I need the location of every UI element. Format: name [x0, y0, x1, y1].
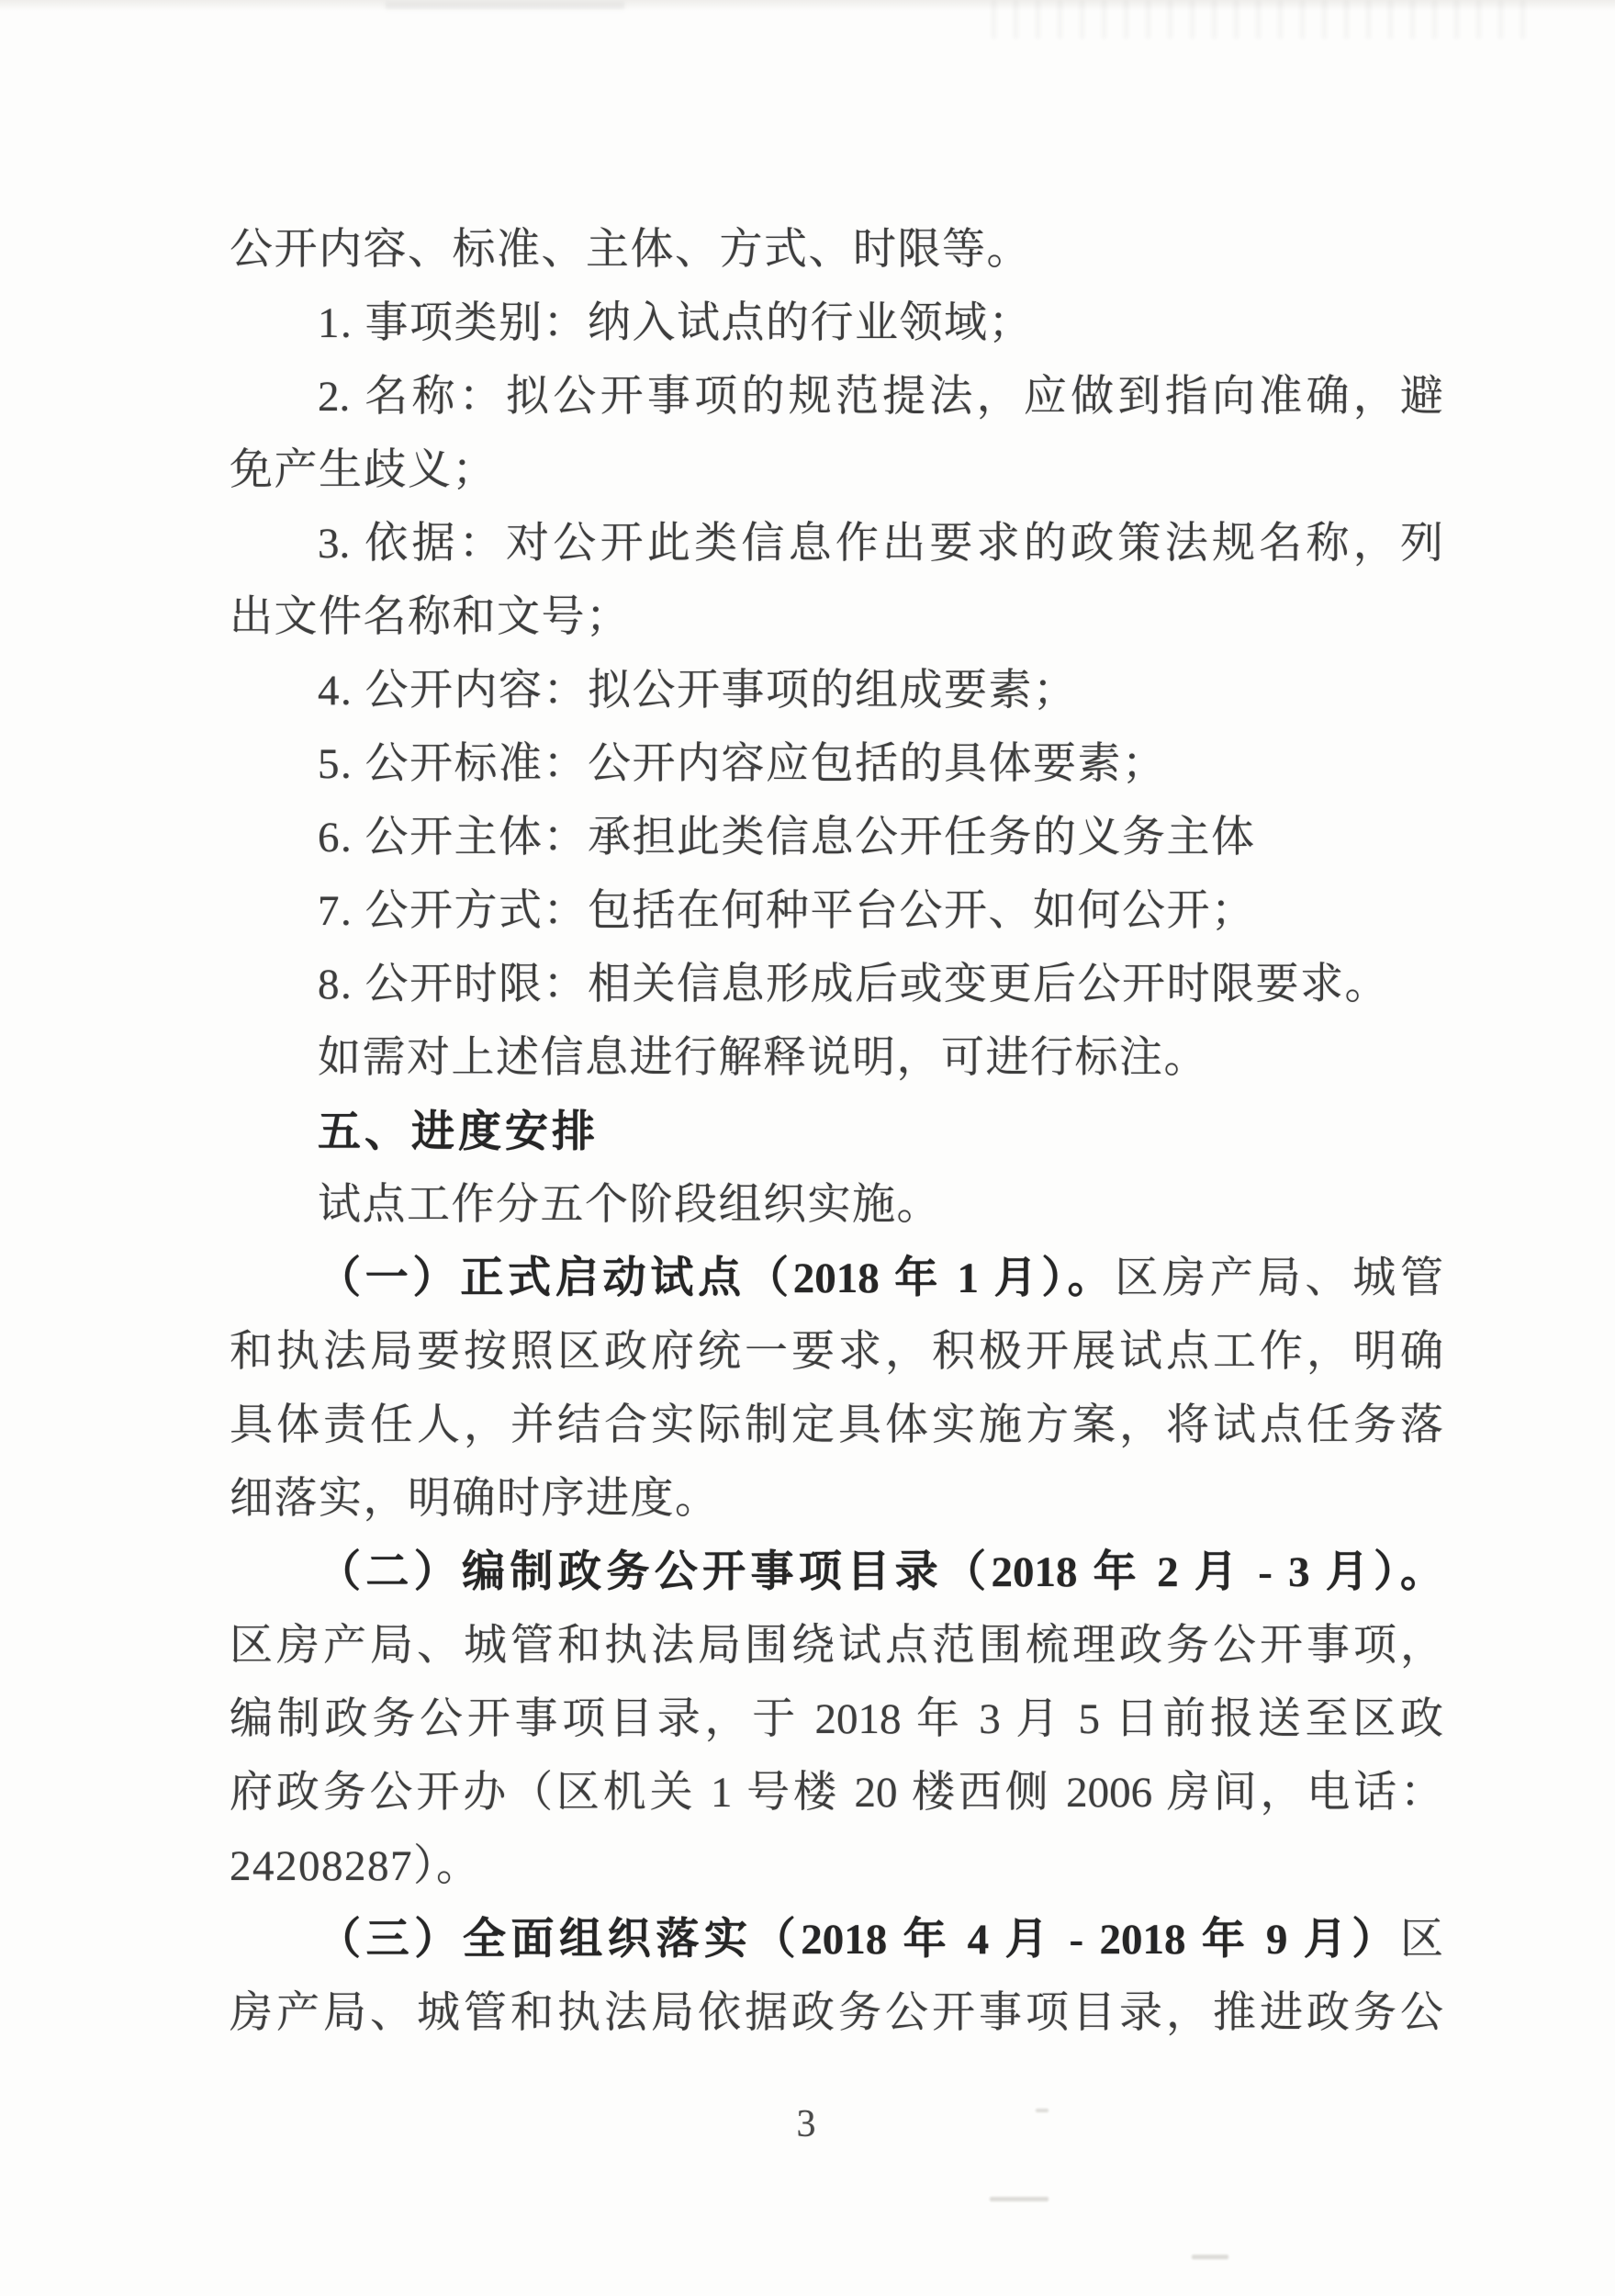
body-segment: 3. 依据：对公开此类信息作出要求的政策法规名称，列	[318, 520, 1443, 568]
body-segment: 府政务公开办（区机关 1 号楼 20 楼西侧 2006 房间，电话：	[230, 1769, 1443, 1817]
body-segment: 如需对上述信息进行解释说明，可进行标注。	[318, 1034, 1208, 1082]
body-segment: 和执法局要按照区政府统一要求，积极开展试点工作，明确	[230, 1328, 1443, 1376]
text-line: 和执法局要按照区政府统一要求，积极开展试点工作，明确	[230, 1315, 1443, 1389]
page-number: 3	[230, 2097, 1383, 2152]
body-segment: 7. 公开方式：包括在何种平台公开、如何公开；	[318, 887, 1256, 935]
text-line: 2. 名称：拟公开事项的规范提法，应做到指向准确，避	[230, 360, 1443, 433]
heading-segment: 五、进度安排	[318, 1107, 599, 1155]
body-segment: 编制政务公开事项目录，于 2018 年 3 月 5 日前报送至区政	[230, 1695, 1443, 1743]
text-line: 编制政务公开事项目录，于 2018 年 3 月 5 日前报送至区政	[230, 1683, 1443, 1756]
text-line: 府政务公开办（区机关 1 号楼 20 楼西侧 2006 房间，电话：	[230, 1756, 1443, 1829]
scan-speck-artifact	[1192, 2255, 1228, 2259]
text-line: 房产局、城管和执法局依据政务公开事项目录，推进政务公	[230, 1976, 1443, 2050]
heading-segment: （一）正式启动试点（2018 年 1 月）。	[318, 1255, 1115, 1302]
text-line: 免产生歧义；	[230, 433, 1443, 507]
body-segment: 24208287）。	[230, 1842, 481, 1890]
body-segment: 出文件名称和文号；	[230, 593, 631, 641]
body-segment: 4. 公开内容：拟公开事项的组成要素；	[318, 667, 1078, 715]
body-segment: 试点工作分五个阶段组织实施。	[318, 1181, 941, 1229]
text-line: 3. 依据：对公开此类信息作出要求的政策法规名称，列	[230, 507, 1443, 580]
body-segment: 细落实，明确时序进度。	[230, 1475, 720, 1523]
text-line: 出文件名称和文号；	[230, 580, 1443, 654]
text-line: 区房产局、城管和执法局围绕试点范围梳理政务公开事项，	[230, 1609, 1443, 1683]
body-segment: 6. 公开主体：承担此类信息公开任务的义务主体	[318, 814, 1256, 861]
body-segment: 具体责任人，并结合实际制定具体实施方案，将试点任务落	[230, 1401, 1443, 1449]
body-segment: 房产局、城管和执法局依据政务公开事项目录，推进政务公	[230, 1989, 1443, 2037]
text-line: （二）编制政务公开事项目录（2018 年 2 月 - 3 月）。	[230, 1536, 1443, 1609]
scan-smudge-artifact	[992, 0, 1542, 39]
text-line: （三）全面组织落实（2018 年 4 月 - 2018 年 9 月）区	[230, 1903, 1443, 1976]
scanned-document-page: 公开内容、标准、主体、方式、时限等。1. 事项类别：纳入试点的行业领域；2. 名…	[0, 0, 1615, 2296]
text-line: 如需对上述信息进行解释说明，可进行标注。	[230, 1021, 1443, 1095]
body-segment: 区	[1400, 1916, 1443, 1964]
heading-segment: （三）全面组织落实（2018 年 4 月 - 2018 年 9 月）	[318, 1916, 1400, 1964]
body-segment: 区房产局、城管	[1115, 1255, 1443, 1302]
body-segment: 区房产局、城管和执法局围绕试点范围梳理政务公开事项，	[230, 1622, 1443, 1670]
body-segment: 免产生歧义；	[230, 446, 497, 494]
text-line: 24208287）。	[230, 1829, 1443, 1903]
text-line: 6. 公开主体：承担此类信息公开任务的义务主体	[230, 801, 1443, 874]
body-segment: 公开内容、标准、主体、方式、时限等。	[230, 226, 1031, 274]
scan-speck-artifact	[990, 2197, 1049, 2201]
text-line: 1. 事项类别：纳入试点的行业领域；	[230, 287, 1443, 360]
text-line: 试点工作分五个阶段组织实施。	[230, 1168, 1443, 1242]
text-line: 公开内容、标准、主体、方式、时限等。	[230, 213, 1443, 287]
body-segment: 1. 事项类别：纳入试点的行业领域；	[318, 299, 1033, 347]
text-line: （一）正式启动试点（2018 年 1 月）。区房产局、城管	[230, 1242, 1443, 1315]
text-line: 5. 公开标准：公开内容应包括的具体要素；	[230, 727, 1443, 801]
text-line: 4. 公开内容：拟公开事项的组成要素；	[230, 654, 1443, 727]
text-line: 具体责任人，并结合实际制定具体实施方案，将试点任务落	[230, 1389, 1443, 1462]
text-line: 7. 公开方式：包括在何种平台公开、如何公开；	[230, 874, 1443, 948]
text-block: 公开内容、标准、主体、方式、时限等。1. 事项类别：纳入试点的行业领域；2. 名…	[230, 213, 1443, 2050]
text-line: 细落实，明确时序进度。	[230, 1462, 1443, 1536]
body-segment: 8. 公开时限：相关信息形成后或变更后公开时限要求。	[318, 961, 1389, 1008]
scan-smudge-artifact	[386, 2, 624, 9]
body-segment: 5. 公开标准：公开内容应包括的具体要素；	[318, 740, 1167, 788]
text-line: 五、进度安排	[230, 1095, 1443, 1168]
text-line: 8. 公开时限：相关信息形成后或变更后公开时限要求。	[230, 948, 1443, 1021]
heading-segment: （二）编制政务公开事项目录（2018 年 2 月 - 3 月）。	[318, 1548, 1443, 1596]
body-segment: 2. 名称：拟公开事项的规范提法，应做到指向准确，避	[318, 373, 1443, 421]
